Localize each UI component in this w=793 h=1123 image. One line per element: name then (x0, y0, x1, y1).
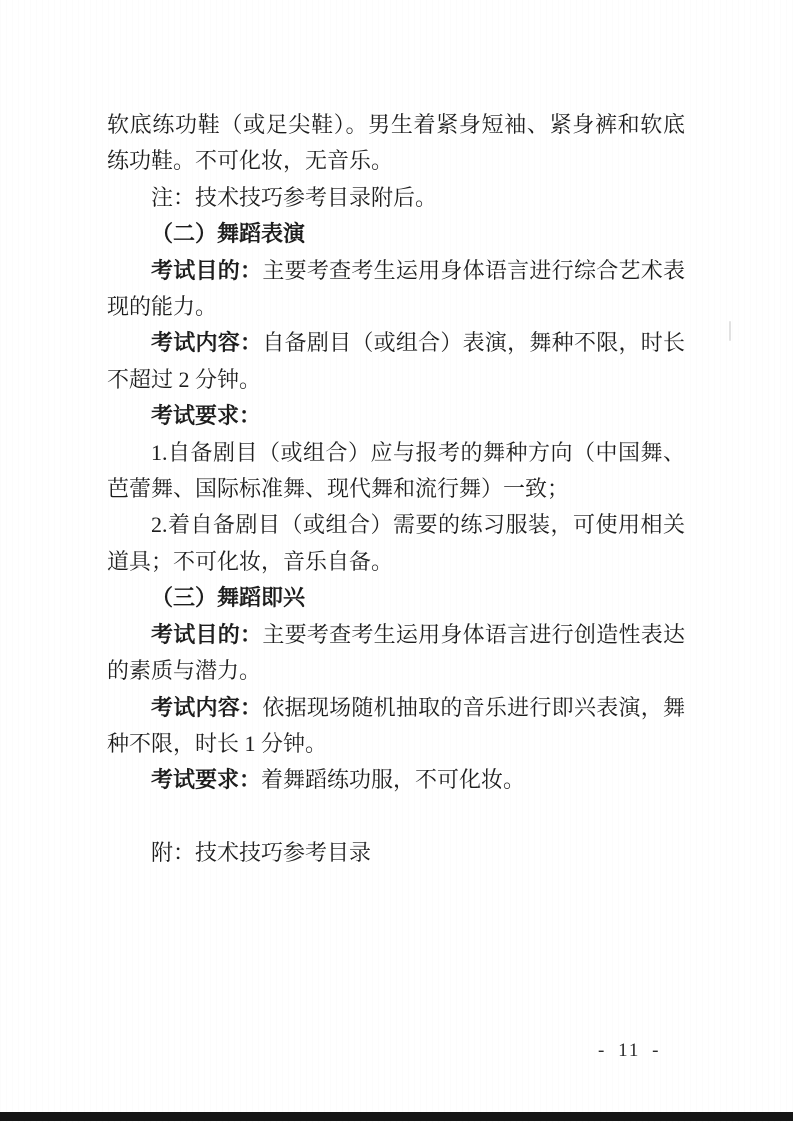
line-text: 主要考查考生运用身体语言进行综合艺术表 (262, 258, 685, 283)
text-line: 2.着自备剧目（或组合）需要的练习服装，可使用相关 (107, 507, 685, 543)
line-text: 注：技术技巧参考目录附后。 (151, 185, 437, 210)
line-text: 芭蕾舞、国际标准舞、现代舞和流行舞）一致； (107, 476, 569, 501)
line-text: 着舞蹈练功服，不可化妆。 (261, 767, 525, 792)
line-text: 现的能力。 (107, 294, 217, 319)
text-line: 附：技术技巧参考目录 (107, 835, 685, 871)
text-line: 的素质与潜力。 (107, 653, 685, 689)
line-text: 2.着自备剧目（或组合）需要的练习服装，可使用相关 (151, 512, 685, 537)
line-text: 软底练功鞋（或足尖鞋）。男生着紧身短袖、紧身裤和软底 (107, 112, 685, 137)
line-bold-prefix: 考试目的： (151, 622, 262, 647)
line-text: 1.自备剧目（或组合）应与报考的舞种方向（中国舞、 (151, 440, 685, 465)
text-line: 考试内容：依据现场随机抽取的音乐进行即兴表演，舞 (107, 690, 685, 726)
text-line: 道具；不可化妆，音乐自备。 (107, 544, 685, 580)
line-text: 种不限，时长 1 分钟。 (107, 731, 327, 756)
text-line: 考试内容：自备剧目（或组合）表演，舞种不限，时长 (107, 325, 685, 361)
text-line: 软底练功鞋（或足尖鞋）。男生着紧身短袖、紧身裤和软底 (107, 107, 685, 143)
line-text: 依据现场随机抽取的音乐进行即兴表演，舞 (262, 695, 685, 720)
line-text: （二）舞蹈表演 (151, 221, 305, 246)
line-text: 自备剧目（或组合）表演，舞种不限，时长 (262, 330, 685, 355)
section-heading: （二）舞蹈表演 (107, 216, 685, 252)
line-bold-prefix: 考试目的： (151, 258, 262, 283)
text-line: 考试要求：着舞蹈练功服，不可化妆。 (107, 762, 685, 798)
line-text: 附：技术技巧参考目录 (151, 840, 371, 865)
line-text: （三）舞蹈即兴 (151, 585, 305, 610)
scan-artifact (729, 321, 731, 341)
text-line: 考试目的：主要考查考生运用身体语言进行综合艺术表 (107, 253, 685, 289)
blank-line (107, 799, 685, 835)
line-text: 的素质与潜力。 (107, 658, 261, 683)
page-number: - 11 - (598, 1040, 660, 1062)
text-line: 考试目的：主要考查考生运用身体语言进行创造性表达 (107, 617, 685, 653)
text-line: 注：技术技巧参考目录附后。 (107, 180, 685, 216)
line-text: 道具；不可化妆，音乐自备。 (107, 549, 393, 574)
document-page: 软底练功鞋（或足尖鞋）。男生着紧身短袖、紧身裤和软底练功鞋。不可化妆，无音乐。注… (0, 0, 793, 1123)
line-bold-prefix: 考试内容： (151, 330, 262, 355)
line-text: 主要考查考生运用身体语言进行创造性表达 (262, 622, 685, 647)
text-line: 练功鞋。不可化妆，无音乐。 (107, 143, 685, 179)
line-bold-prefix: 考试要求： (151, 403, 261, 428)
line-bold-prefix: 考试内容： (151, 695, 262, 720)
text-line: 1.自备剧目（或组合）应与报考的舞种方向（中国舞、 (107, 435, 685, 471)
line-text: 不超过 2 分钟。 (107, 367, 261, 392)
line-text: 练功鞋。不可化妆，无音乐。 (107, 148, 393, 173)
scan-edge-bar (0, 1112, 793, 1121)
document-body: 软底练功鞋（或足尖鞋）。男生着紧身短袖、紧身裤和软底练功鞋。不可化妆，无音乐。注… (107, 107, 685, 872)
section-heading: （三）舞蹈即兴 (107, 580, 685, 616)
line-bold-prefix: 考试要求： (151, 767, 261, 792)
text-line: 芭蕾舞、国际标准舞、现代舞和流行舞）一致； (107, 471, 685, 507)
text-line: 现的能力。 (107, 289, 685, 325)
text-line: 不超过 2 分钟。 (107, 362, 685, 398)
text-line: 种不限，时长 1 分钟。 (107, 726, 685, 762)
text-line: 考试要求： (107, 398, 685, 434)
